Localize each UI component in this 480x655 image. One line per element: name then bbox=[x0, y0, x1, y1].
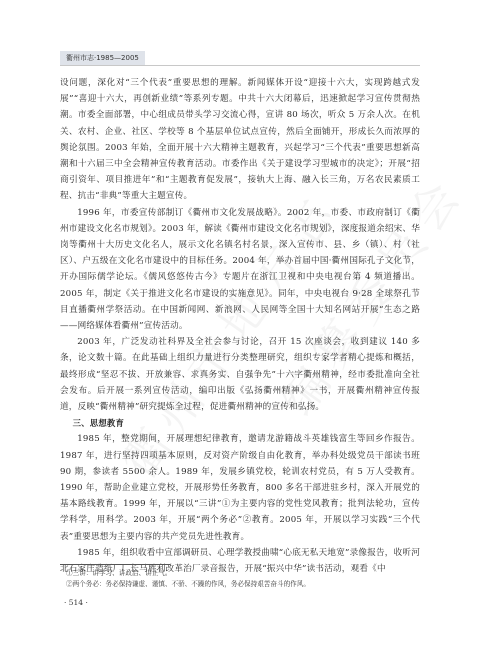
paragraph: 设问题，深化对“三个代表”重要思想的理解。新闻媒体开设“迎接十六大，实现跨越式发… bbox=[60, 75, 420, 205]
page-number: · 514 · bbox=[64, 598, 88, 607]
footnote: ①三讲：讲学习、讲政治、讲正气。 bbox=[66, 568, 416, 579]
running-header: 衢州市志·1985—2005 bbox=[60, 51, 420, 66]
footnote: ②两个务必：务必保持谦虚、谨慎、不骄、不躁的作风，务必保持艰苦奋斗的作风。 bbox=[66, 579, 416, 590]
running-title: 衢州市志·1985—2005 bbox=[60, 51, 145, 65]
footnote-divider bbox=[60, 564, 170, 565]
section-heading: 三、思想教育 bbox=[60, 415, 420, 431]
paragraph: 1996 年，市委宣传部制订《衢州市文化发展战略》。2002 年，市委、市政府制… bbox=[60, 205, 420, 335]
paragraph: 2003 年，广泛发动社科界及全社会参与讨论，召开 15 次座谈会，收到建议 1… bbox=[60, 334, 420, 415]
footnotes: ①三讲：讲学习、讲政治、讲正气。 ②两个务必：务必保持谦虚、谨慎、不骄、不躁的作… bbox=[66, 568, 416, 590]
body-text: 设问题，深化对“三个代表”重要思想的理解。新闻媒体开设“迎接十六大，实现跨越式发… bbox=[60, 75, 420, 577]
paragraph: 1985 年，整党期间，开展理想纪律教育，邀请龙游籍战斗英雄钱富生等回乡作报告。… bbox=[60, 431, 420, 544]
